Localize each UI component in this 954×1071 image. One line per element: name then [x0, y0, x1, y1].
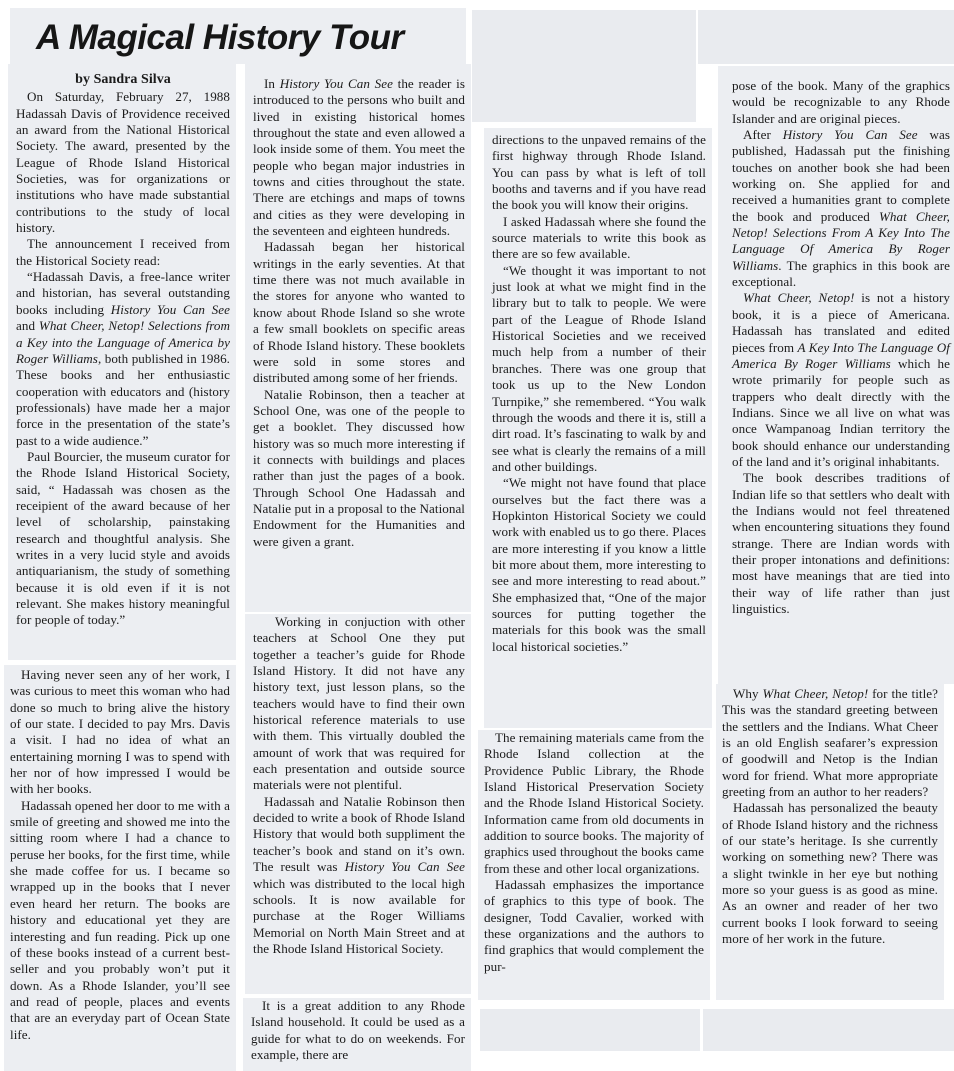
paragraph: In History You Can See the reader is int… — [253, 76, 465, 239]
paragraph: The announcement I received from the His… — [16, 236, 230, 269]
column-4-top: pose of the book. Many of the graphics w… — [718, 66, 954, 684]
paragraph: Having never seen any of her work, I was… — [10, 667, 230, 798]
blank-clipping-bottom-middle — [480, 1009, 700, 1051]
paragraph: Paul Bourcier, the museum curator for th… — [16, 449, 230, 629]
paragraph: Why What Cheer, Netop! for the title? Th… — [722, 686, 938, 800]
paragraph: directions to the unpaved remains of the… — [492, 132, 706, 214]
paragraph: Hadassah emphasizes the importance of gr… — [484, 877, 704, 975]
column-3-bottom: The remaining materials came from the Rh… — [478, 730, 710, 1000]
column-2-bottom: It is a great addition to any Rhode Isla… — [243, 998, 471, 1071]
paragraph: “We thought it was important to not just… — [492, 263, 706, 475]
paragraph: It is a great addition to any Rhode Isla… — [251, 998, 465, 1063]
paragraph: I asked Hadassah where she found the sou… — [492, 214, 706, 263]
paragraph: Working in conjuction with other teacher… — [253, 614, 465, 794]
blank-clipping-top-middle — [472, 10, 696, 122]
paragraph: After History You Can See was published,… — [732, 127, 950, 290]
byline: by Sandra Silva — [16, 72, 230, 88]
paragraph: On Saturday, February 27, 1988 Hadassah … — [16, 89, 230, 236]
column-2-middle: Working in conjuction with other teacher… — [245, 614, 471, 994]
blank-clipping-top-right — [698, 10, 954, 64]
paragraph: Hadassah began her historical writings i… — [253, 239, 465, 386]
paragraph: Natalie Robinson, then a teacher at Scho… — [253, 387, 465, 550]
column-1-bottom: Having never seen any of her work, I was… — [4, 665, 236, 1071]
paragraph: “We might not have found that place ours… — [492, 475, 706, 655]
column-3-top: directions to the unpaved remains of the… — [484, 128, 712, 728]
blank-clipping-bottom-right — [703, 1009, 954, 1051]
paragraph: Hadassah opened her door to me with a sm… — [10, 798, 230, 1043]
paragraph: What Cheer, Netop! is not a history book… — [732, 290, 950, 470]
paragraph: pose of the book. Many of the graphics w… — [732, 78, 950, 127]
paragraph: Hadassah and Natalie Robinson then decid… — [253, 794, 465, 957]
paragraph: The remaining materials came from the Rh… — [484, 730, 704, 877]
column-2-top: In History You Can See the reader is int… — [245, 64, 471, 612]
column-4-bottom: Why What Cheer, Netop! for the title? Th… — [716, 684, 944, 1000]
paragraph: The book describes traditions of Indian … — [732, 470, 950, 617]
paragraph: “Hadassah Davis, a free-lance writer and… — [16, 269, 230, 449]
article-title: A Magical History Tour — [36, 18, 404, 58]
column-1-top: by Sandra Silva On Saturday, February 27… — [8, 64, 236, 660]
paragraph: Hadassah has personalized the beauty of … — [722, 800, 938, 947]
